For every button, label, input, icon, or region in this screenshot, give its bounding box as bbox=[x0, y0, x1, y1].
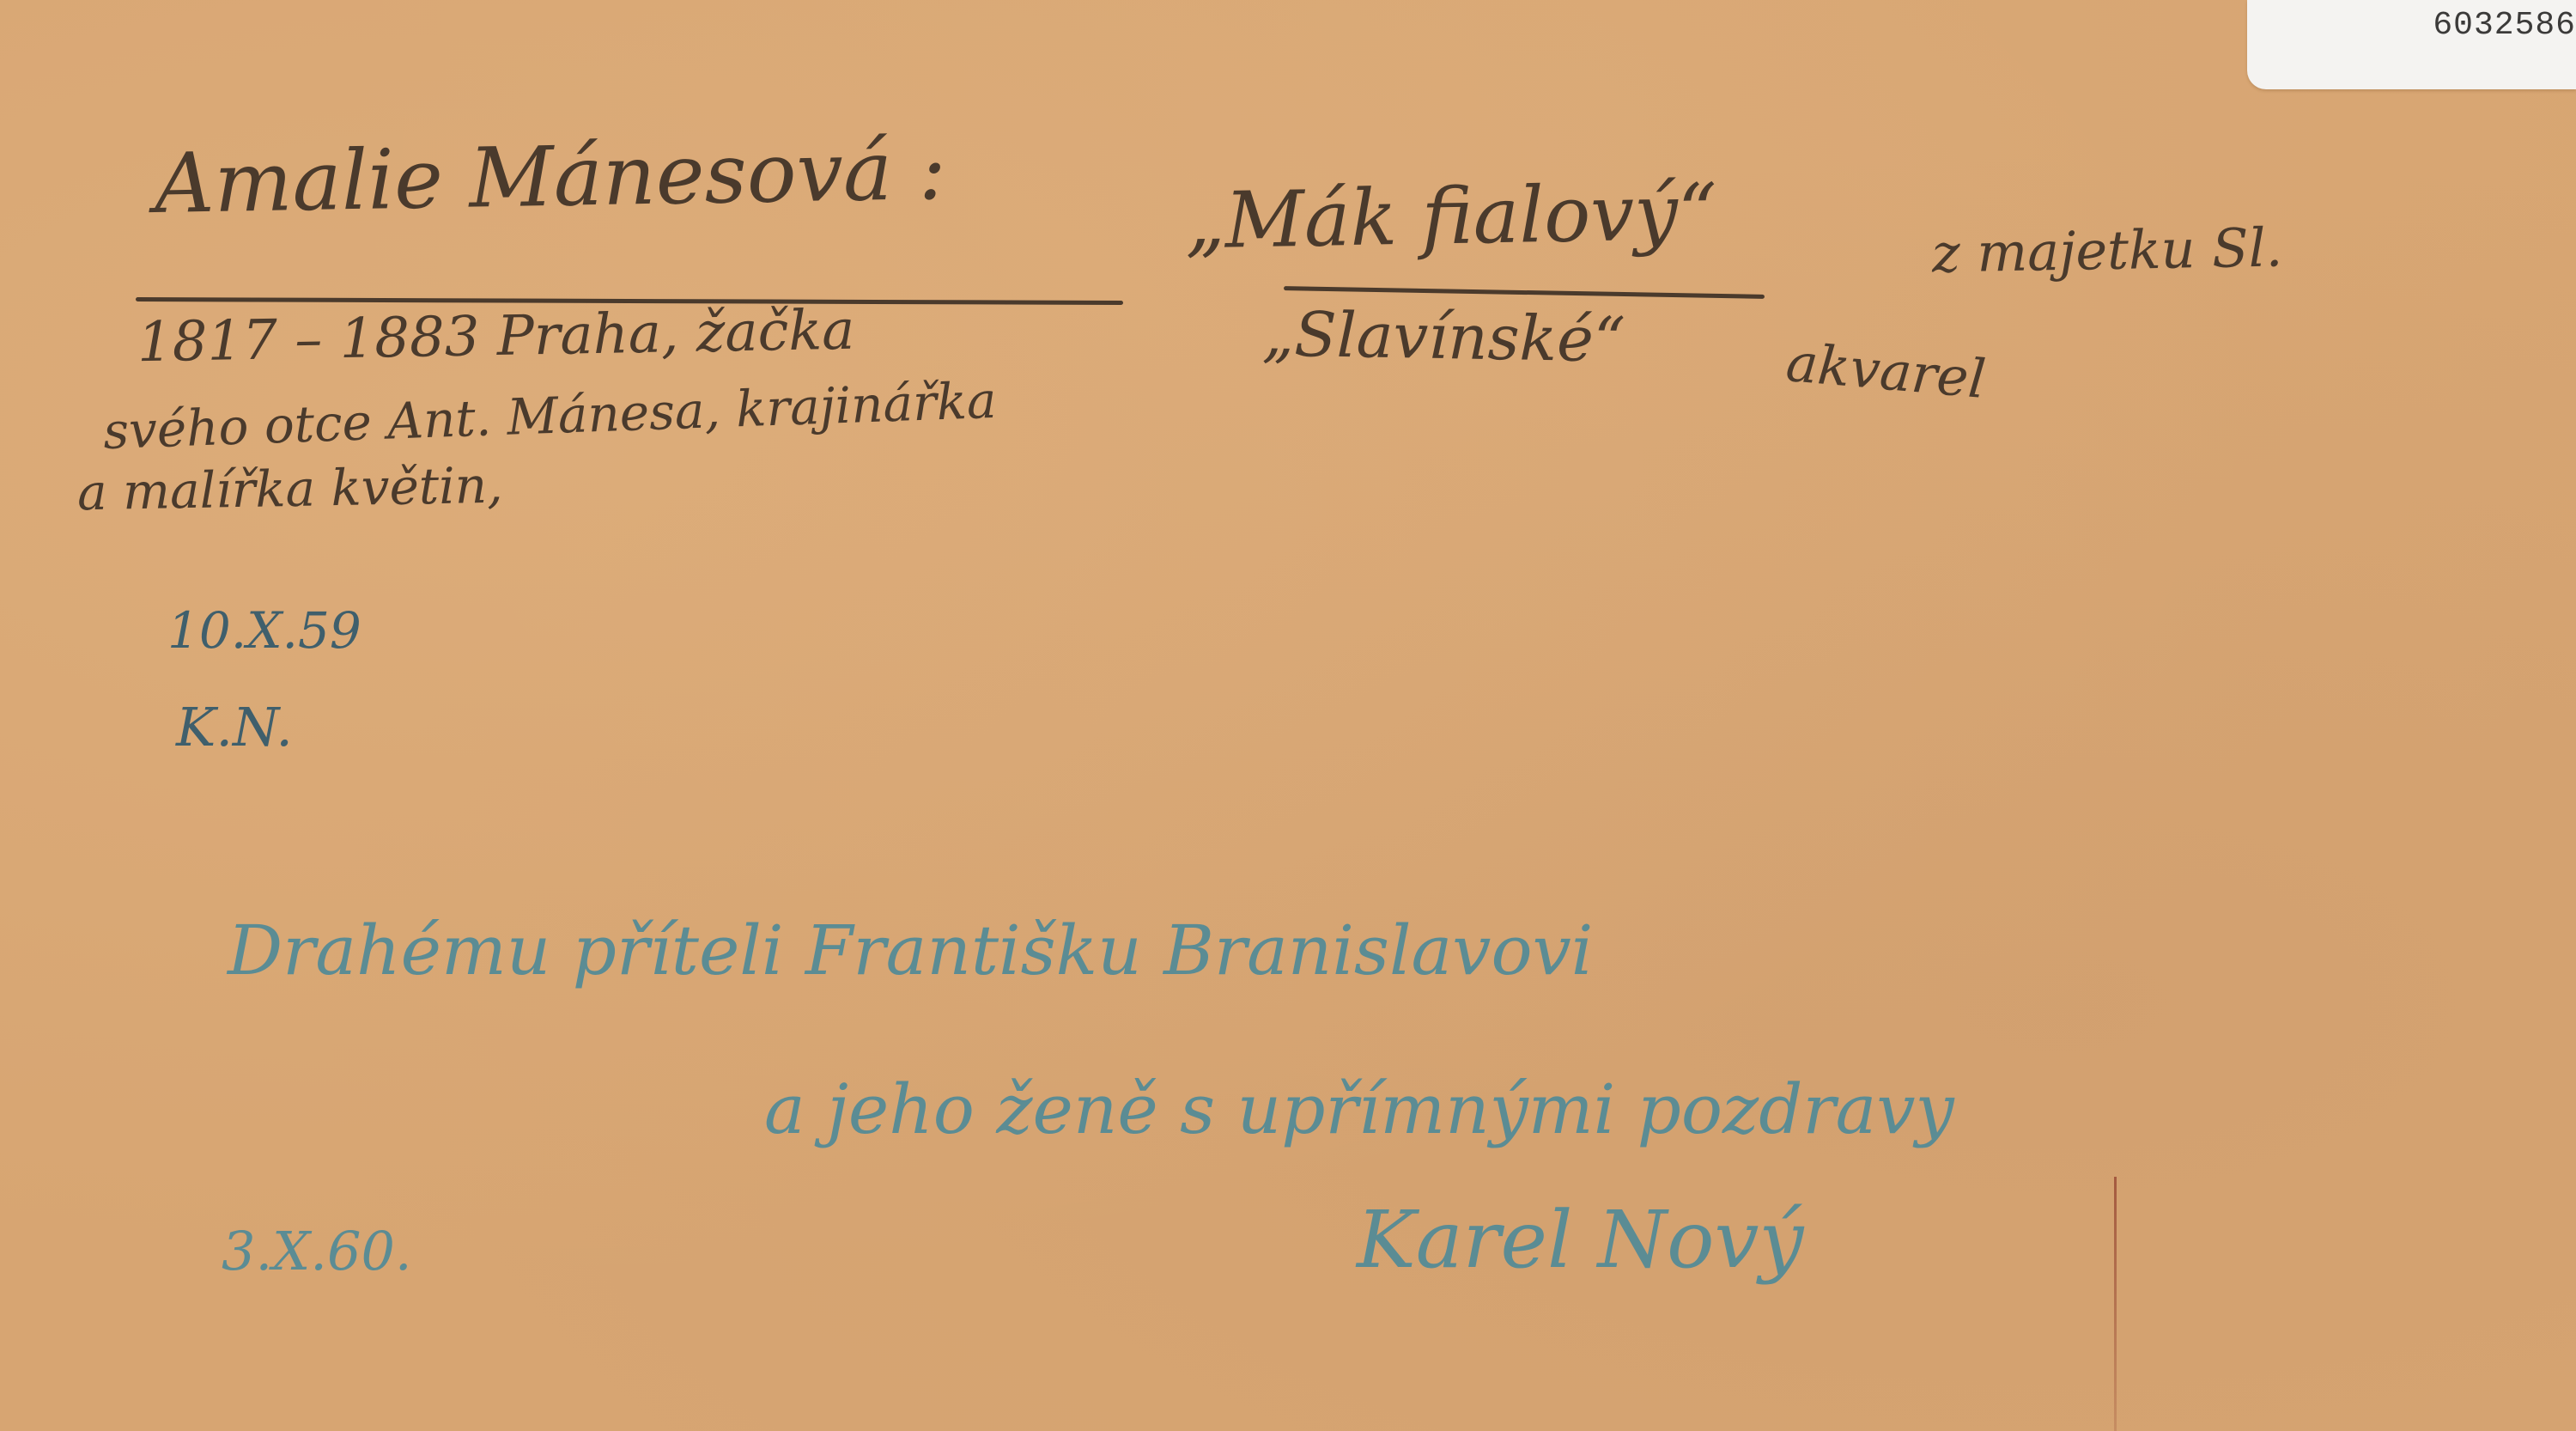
dedication-line-2: a jeho ženě s upřímnými pozdravy bbox=[764, 1069, 1954, 1149]
catalog-number: 6032586 bbox=[2433, 7, 2576, 44]
biography-line-3: a malířka květin, bbox=[76, 456, 503, 522]
dedication-line-1: Drahému příteli Františku Branislavovi bbox=[228, 910, 1593, 990]
provenance-note: z majetku Sl. bbox=[1931, 216, 2282, 284]
artwork-subtitle: „Slavínské“ bbox=[1261, 297, 1625, 375]
artist-name: Amalie Mánesová : bbox=[154, 122, 947, 232]
catalog-label: 6032586 bbox=[2247, 0, 2576, 89]
artwork-title: „Mák fialový“ bbox=[1184, 167, 1718, 267]
dedication-date: 3.X.60. bbox=[222, 1220, 412, 1282]
biography-line-1: 1817 – 1883 Praha, žačka bbox=[137, 299, 854, 375]
annotation-date: 10.X.59 bbox=[167, 601, 361, 660]
signature: Karel Nový bbox=[1357, 1194, 1804, 1286]
red-ink-mark bbox=[2114, 1177, 2117, 1431]
annotation-initials: K.N. bbox=[176, 696, 293, 758]
